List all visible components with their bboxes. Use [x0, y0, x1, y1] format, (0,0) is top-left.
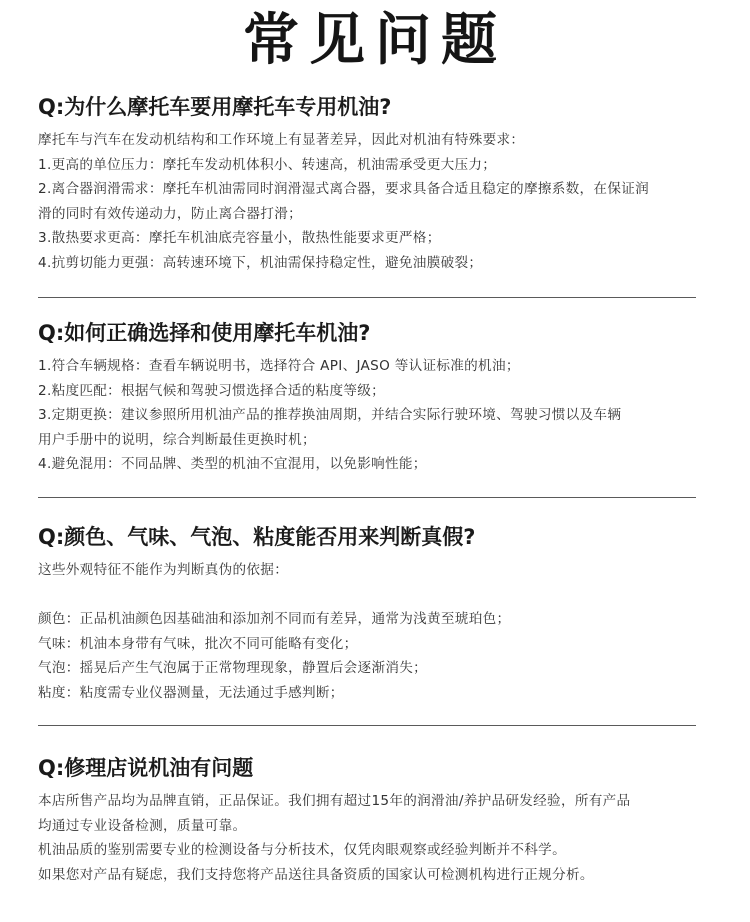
faq-answer-line: 粘度：粘度需专业仪器测量，无法通过手感判断； — [38, 681, 710, 706]
faq-answer-line: 4.避免混用：不同品牌、类型的机油不宜混用，以免影响性能； — [38, 452, 710, 477]
faq-answer-line: 颜色：正品机油颜色因基础油和添加剂不同而有差异，通常为浅黄至琥珀色； — [38, 607, 710, 632]
faq-answer-line: 气泡：摇晃后产生气泡属于正常物理现象，静置后会逐渐消失； — [38, 656, 710, 681]
faq-answer-line: 这些外观特征不能作为判断真伪的依据： — [38, 558, 710, 583]
faq-answer-line: 2.粘度匹配：根据气候和驾驶习惯选择合适的粘度等级； — [38, 379, 710, 404]
faq-answer-line: 用户手册中的说明，综合判断最佳更换时机； — [38, 428, 710, 453]
faq-answer-line: 3.散热要求更高：摩托车机油底壳容量小，散热性能要求更严格； — [38, 226, 710, 251]
faq-answer-line: 摩托车与汽车在发动机结构和工作环境上有显著差异，因此对机油有特殊要求： — [38, 128, 710, 153]
faq-answer-line: 2.离合器润滑需求：摩托车机油需同时润滑湿式离合器，要求具备合适且稳定的摩擦系数… — [38, 177, 710, 202]
faq-answer-line: 机油品质的鉴别需要专业的检测设备与分析技术，仅凭肉眼观察或经验判断并不科学。 — [38, 838, 710, 863]
faq-question: Q:颜色、气味、气泡、粘度能否用来判断真假? — [38, 522, 710, 552]
faq-answer-line: 滑的同时有效传递动力，防止离合器打滑； — [38, 202, 710, 227]
faq-section-2: Q:如何正确选择和使用摩托车机油? 1.符合车辆规格：查看车辆说明书，选择符合 … — [38, 318, 710, 477]
faq-answer-line: 气味：机油本身带有气味，批次不同可能略有变化； — [38, 632, 710, 657]
faq-answer-line: 本店所售产品均为品牌直销，正品保证。我们拥有超过15年的润滑油/养护品研发经验，… — [38, 789, 710, 814]
faq-question: Q:如何正确选择和使用摩托车机油? — [38, 318, 710, 348]
faq-question: Q:为什么摩托车要用摩托车专用机油? — [38, 92, 710, 122]
faq-answer-line: 1.更高的单位压力：摩托车发动机体积小、转速高，机油需承受更大压力； — [38, 153, 710, 178]
faq-section-1: Q:为什么摩托车要用摩托车专用机油? 摩托车与汽车在发动机结构和工作环境上有显著… — [38, 92, 710, 275]
faq-answer-line: 4.抗剪切能力更强：高转速环境下，机油需保持稳定性，避免油膜破裂； — [38, 251, 710, 276]
faq-question: Q:修理店说机油有问题 — [38, 753, 710, 783]
faq-answer-line: 均通过专业设备检测，质量可靠。 — [38, 814, 710, 839]
blank-line — [38, 583, 710, 608]
faq-answer-line: 如果您对产品有疑虑，我们支持您将产品送往具备资质的国家认可检测机构进行正规分析。 — [38, 863, 710, 888]
section-divider — [38, 725, 696, 726]
faq-answer-line: 1.符合车辆规格：查看车辆说明书，选择符合 API、JASO 等认证标准的机油； — [38, 354, 710, 379]
section-divider — [38, 297, 696, 298]
page-title: 常见问题 — [0, 6, 750, 76]
section-divider — [38, 497, 696, 498]
faq-section-4: Q:修理店说机油有问题 本店所售产品均为品牌直销，正品保证。我们拥有超过15年的… — [38, 753, 710, 887]
faq-section-3: Q:颜色、气味、气泡、粘度能否用来判断真假? 这些外观特征不能作为判断真伪的依据… — [38, 522, 710, 705]
faq-answer-line: 3.定期更换：建议参照所用机油产品的推荐换油周期，并结合实际行驶环境、驾驶习惯以… — [38, 403, 710, 428]
